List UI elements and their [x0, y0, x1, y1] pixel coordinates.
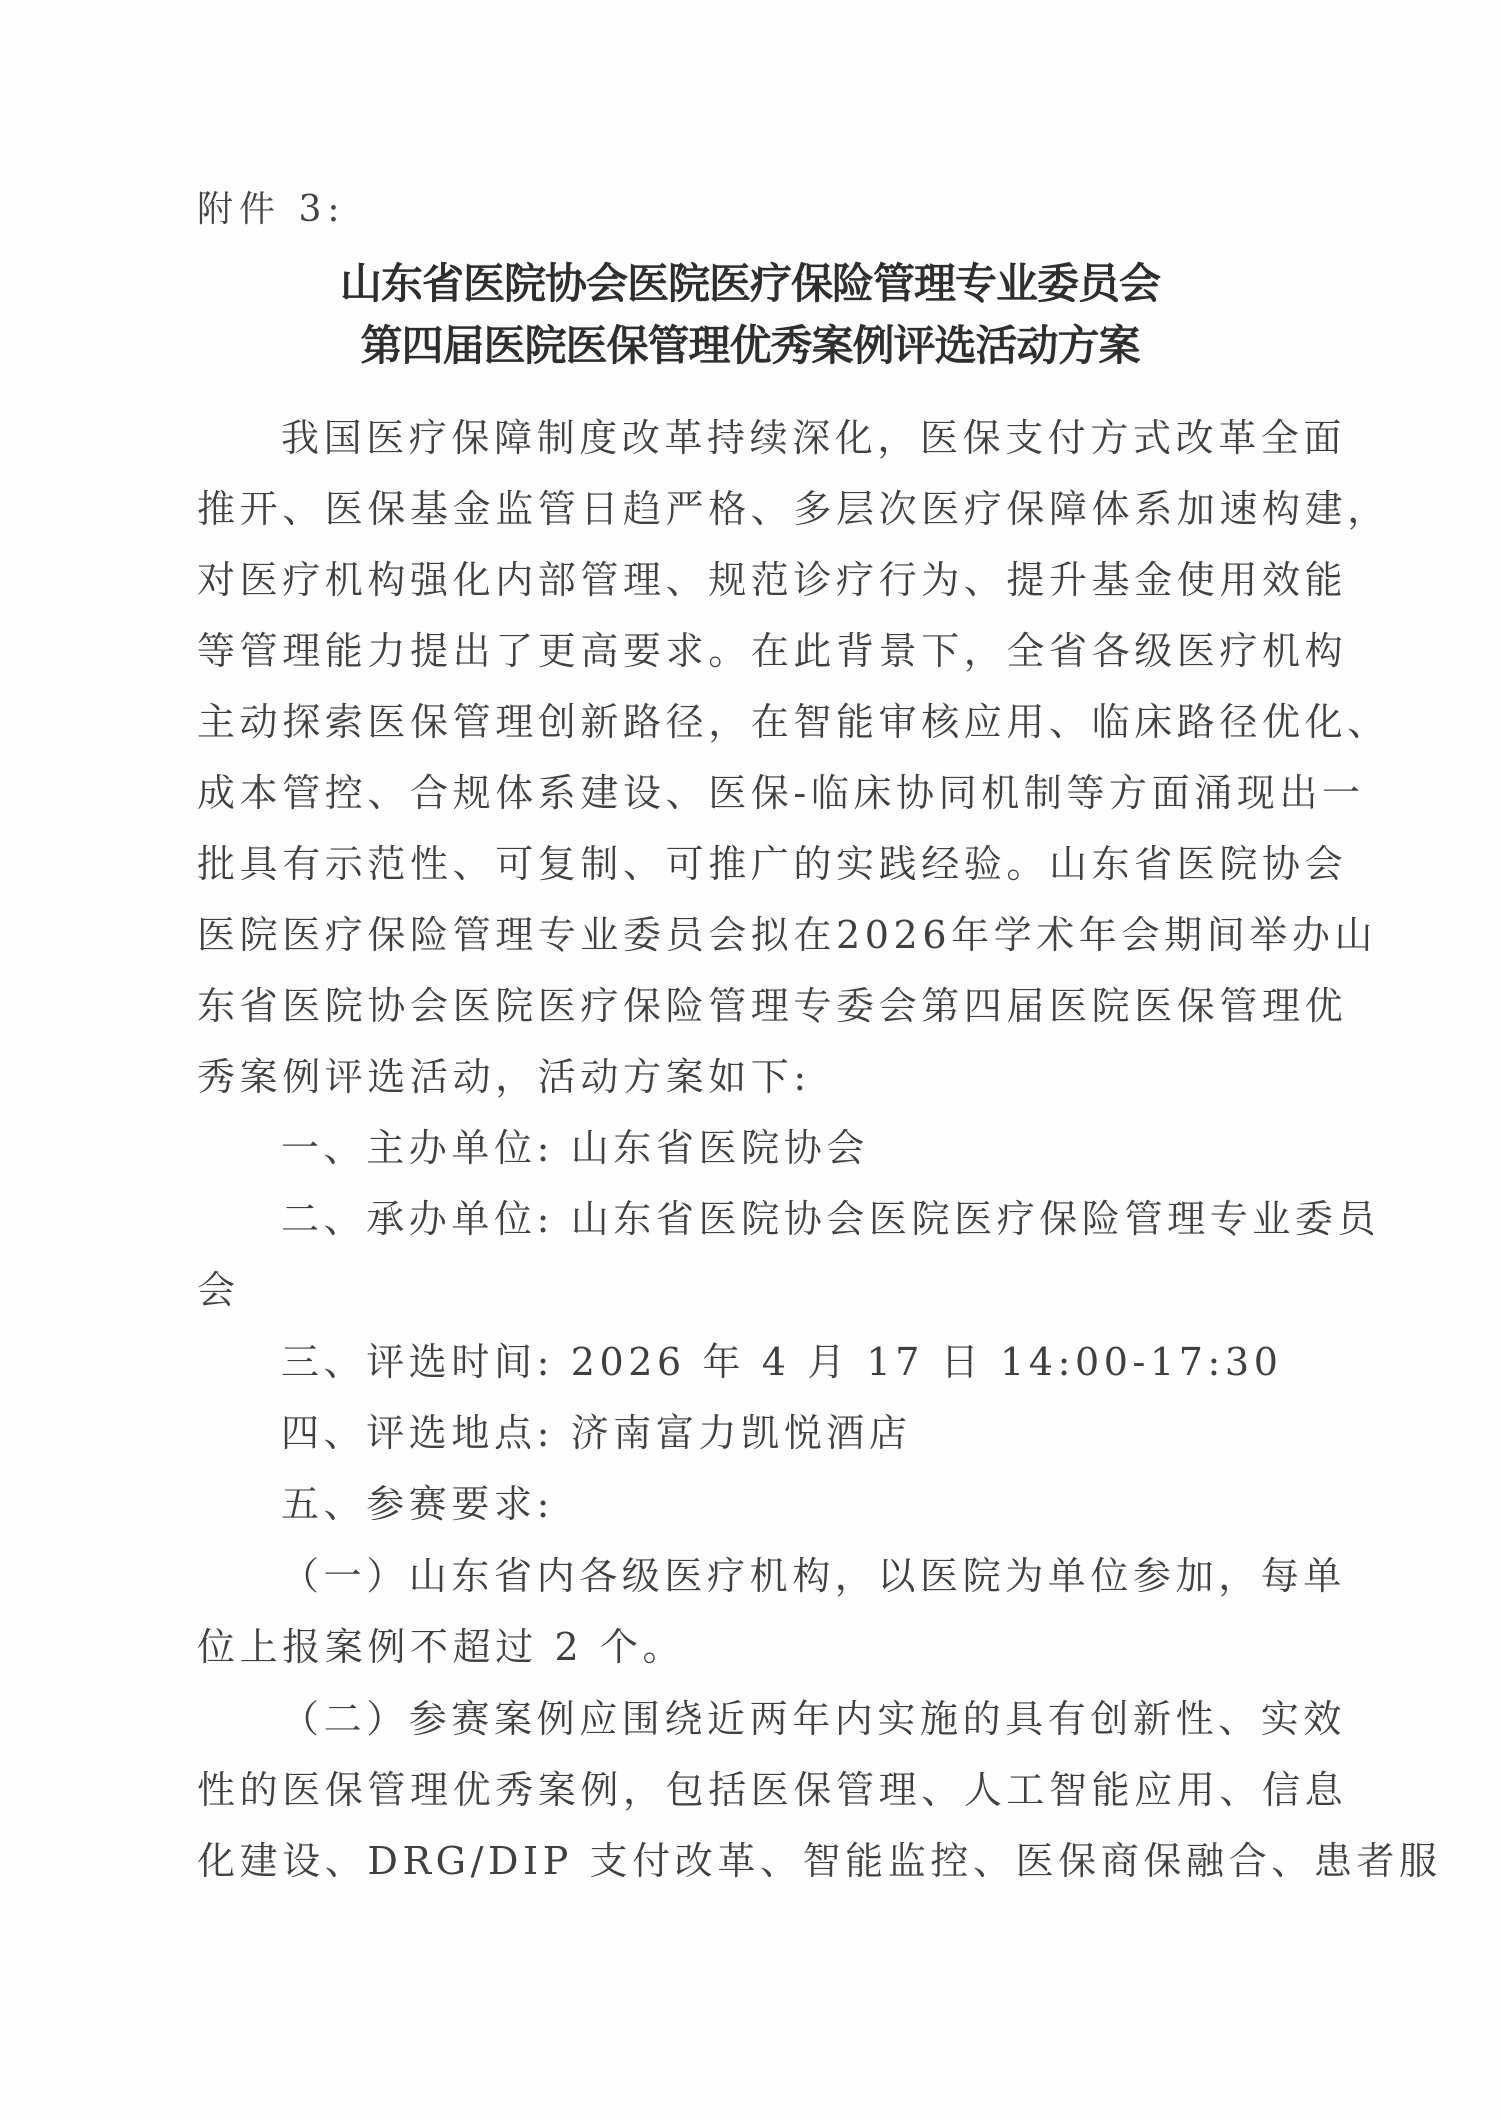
section-content: 山东省医院协会: [571, 1126, 869, 1170]
document-page: 附件 3: 山东省医院协会医院医疗保险管理专业委员会 第四届医院医保管理优秀案例…: [0, 0, 1500, 2120]
section-line: 四、评选地点: 济南富力凯悦酒店: [197, 1398, 1307, 1469]
section-line: 会: [197, 1255, 1307, 1326]
requirement-line: 化建设、DRG/DIP 支付改革、智能监控、医保商保融合、患者服: [197, 1826, 1307, 1897]
section-heading: 五、参赛要求:: [197, 1469, 1307, 1540]
paragraph-line: 东省医院协会医院医疗保险管理专委会第四届医院医保管理优: [197, 971, 1307, 1042]
section-line: 一、主办单位: 山东省医院协会: [197, 1113, 1307, 1184]
intro-paragraph: 我国医疗保障制度改革持续深化，医保支付方式改革全面 推开、医保基金监管日趋严格、…: [197, 403, 1307, 1113]
paragraph-line: 我国医疗保障制度改革持续深化，医保支付方式改革全面: [197, 403, 1307, 474]
requirement-line: （二）参赛案例应围绕近两年内实施的具有创新性、实效: [197, 1684, 1307, 1755]
document-title-line-2: 第四届医院医保管理优秀案例评选活动方案: [0, 318, 1500, 374]
section-heading: 四、评选地点:: [281, 1411, 554, 1455]
paragraph-line: 对医疗机构强化内部管理、规范诊疗行为、提升基金使用效能: [197, 545, 1307, 616]
paragraph-line: 等管理能力提出了更高要求。在此背景下，全省各级医疗机构: [197, 616, 1307, 687]
attachment-label: 附件 3:: [197, 188, 345, 232]
section-heading: 二、承办单位:: [281, 1197, 554, 1241]
paragraph-line: 推开、医保基金监管日趋严格、多层次医疗保障体系加速构建，: [197, 474, 1307, 545]
section-line: 二、承办单位: 山东省医院协会医院医疗保险管理专业委员: [197, 1184, 1307, 1255]
paragraph-line: 批具有示范性、可复制、可推广的实践经验。山东省医院协会: [197, 829, 1307, 900]
section-organizer: 一、主办单位: 山东省医院协会: [197, 1113, 1307, 1184]
section-host: 二、承办单位: 山东省医院协会医院医疗保险管理专业委员 会: [197, 1184, 1307, 1326]
section-heading: 一、主办单位:: [281, 1126, 554, 1170]
section-line: 三、评选时间: 2026 年 4 月 17 日 14:00-17:30: [197, 1327, 1307, 1398]
requirement-2: （二）参赛案例应围绕近两年内实施的具有创新性、实效 性的医保管理优秀案例，包括医…: [197, 1684, 1307, 1897]
document-title-line-1: 山东省医院协会医院医疗保险管理专业委员会: [0, 256, 1500, 312]
paragraph-line: 成本管控、合规体系建设、医保-临床协同机制等方面涌现出一: [197, 758, 1307, 829]
section-content: 2026 年 4 月 17 日 14:00-17:30: [571, 1340, 1283, 1384]
requirement-1: （一）山东省内各级医疗机构，以医院为单位参加，每单 位上报案例不超过 2 个。: [197, 1541, 1307, 1683]
section-content: 济南富力凯悦酒店: [571, 1411, 912, 1455]
section-time: 三、评选时间: 2026 年 4 月 17 日 14:00-17:30: [197, 1327, 1307, 1398]
section-location: 四、评选地点: 济南富力凯悦酒店: [197, 1398, 1307, 1469]
section-requirements: 五、参赛要求:: [197, 1469, 1307, 1540]
section-heading: 三、评选时间:: [281, 1340, 554, 1384]
paragraph-line: 主动探索医保管理创新路径，在智能审核应用、临床路径优化、: [197, 687, 1307, 758]
requirement-line: （一）山东省内各级医疗机构，以医院为单位参加，每单: [197, 1541, 1307, 1612]
requirement-line: 位上报案例不超过 2 个。: [197, 1612, 1307, 1683]
paragraph-line: 医院医疗保险管理专业委员会拟在2026年学术年会期间举办山: [197, 900, 1307, 971]
section-content: 山东省医院协会医院医疗保险管理专业委员: [571, 1197, 1380, 1241]
paragraph-line: 秀案例评选活动，活动方案如下:: [197, 1042, 1307, 1113]
requirement-line: 性的医保管理优秀案例，包括医保管理、人工智能应用、信息: [197, 1755, 1307, 1826]
